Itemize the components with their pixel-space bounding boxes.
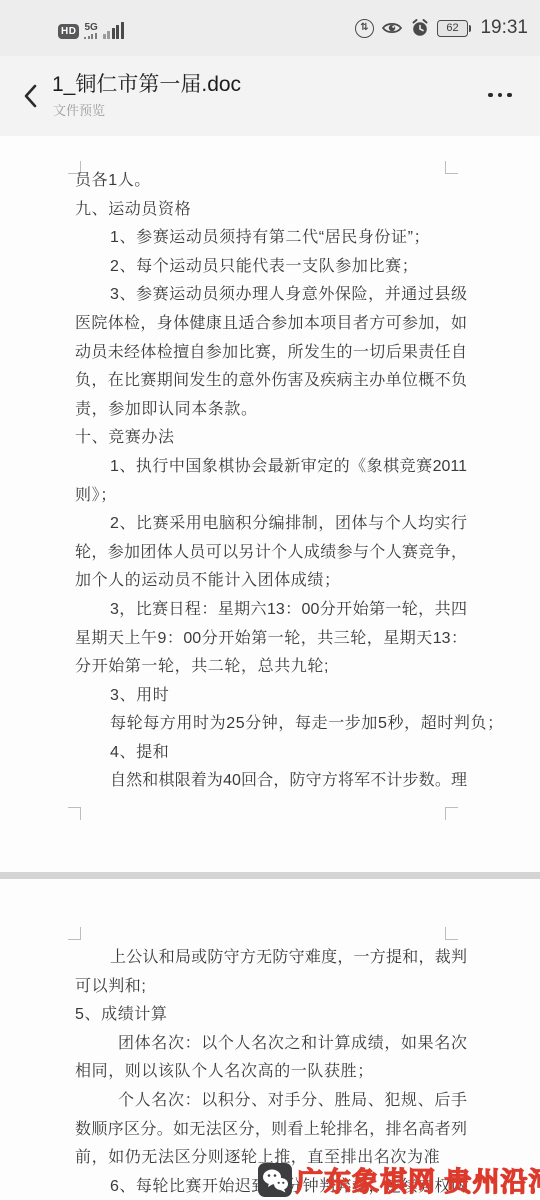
more-menu-button[interactable]	[480, 80, 520, 110]
page1-margin-mark-br	[445, 807, 458, 820]
doc-line: 医院体检，身体健康且适合参加本项目者方可参加，如运	[75, 310, 467, 339]
battery-percent: 62	[437, 20, 468, 37]
battery-icon: 62	[437, 20, 472, 37]
page2-margin-mark-tl	[68, 927, 81, 940]
doc-line: 负，在比赛期间发生的意外伤害及疾病主办单位概不负	[75, 367, 467, 396]
doc-line: 十、竞赛办法	[75, 424, 467, 453]
doc-line: 自然和棋限着为40回合，防守方将军不计步数。理论	[75, 767, 467, 796]
status-bar-left: HD 5G	[58, 17, 124, 39]
back-button[interactable]	[12, 78, 48, 114]
file-preview-label: 文件预览	[53, 100, 105, 119]
watermark-text: 广东象棋网 贵州沿河陈江仕伟	[296, 1160, 540, 1199]
doc-line: 1、执行中国象棋协会最新审定的《象棋竞赛2011规	[75, 453, 467, 482]
page1-margin-mark-bl	[68, 807, 81, 820]
network-type: 5G	[84, 23, 97, 40]
page2-margin-mark-tr	[445, 927, 458, 940]
doc-line: 上公认和局或防守方无防守难度，一方提和，裁判员	[75, 944, 467, 973]
doc-line: 5、成绩计算	[75, 1001, 467, 1030]
doc-line: 则》；	[75, 482, 467, 511]
signal-bars-sim2-icon	[103, 22, 124, 39]
status-bar: HD 5G ⇅	[0, 0, 540, 56]
doc-line: 数顺序区分。如无法区分，则看上轮排名，排名高者列	[75, 1116, 467, 1145]
doc-line: 轮，参加团体人员可以另计个人成绩参与个人赛竞争，参	[75, 539, 467, 568]
doc-line: 团体名次：以个人名次之和计算成绩，如果名次之各	[75, 1030, 467, 1059]
chevron-left-icon	[23, 84, 37, 108]
hd-volte-icon: HD	[58, 24, 79, 39]
doc-line: 星期天上午9：00分开始第一轮，共三轮，星期天13：00	[75, 625, 467, 654]
clock-time: 19:31	[480, 17, 528, 39]
eye-comfort-icon	[381, 20, 403, 36]
status-bar-right: ⇅ 62 19:31	[355, 17, 528, 39]
doc-line: 个人名次：以积分、对手分、胜局、犯规、后手胜局	[75, 1087, 467, 1116]
watermark: 广东象棋网 贵州沿河陈江仕伟	[258, 1160, 540, 1199]
doc-line: 相同，则以该队个人名次高的一队获胜；	[75, 1058, 467, 1087]
page-break-divider	[0, 872, 540, 879]
doc-line: 1、参赛运动员须持有第二代“居民身份证”；	[75, 224, 467, 253]
wechat-icon	[258, 1163, 292, 1197]
doc-line: 2、比赛采用电脑积分编排制，团体与个人均实行九	[75, 510, 467, 539]
doc-line: 3、用时	[75, 682, 467, 711]
file-preview-header: 1_铜仁市第一届.doc 文件预览	[0, 56, 540, 136]
doc-line: 动员未经体检擅自参加比赛，所发生的一切后果责任自	[75, 339, 467, 368]
doc-line: 可以判和;	[75, 973, 467, 1002]
doc-line: 加个人的运动员不能计入团体成绩；	[75, 567, 467, 596]
doc-line: 每轮每方用时为25分钟，每走一步加5秒，超时判负；	[75, 710, 467, 739]
page1-text: 员各1人。九、运动员资格1、参赛运动员须持有第二代“居民身份证”；2、每个运动员…	[75, 167, 467, 796]
doc-line: 分开始第一轮，共二轮，总共九轮;	[75, 653, 467, 682]
ellipsis-icon	[488, 93, 493, 98]
signal-bars-sim1-icon	[84, 33, 97, 40]
doc-line: 九、运动员资格	[75, 196, 467, 225]
data-saver-icon: ⇅	[355, 19, 374, 38]
phone-screen: { "status_bar": { "hd_badge": "HD", "net…	[0, 0, 540, 1200]
doc-line: 3、参赛运动员须办理人身意外保险，并通过县级以上	[75, 281, 467, 310]
alarm-icon	[410, 18, 430, 38]
doc-line: 员各1人。	[75, 167, 467, 196]
doc-line: 3，比赛日程：星期六13：00分开始第一轮，共四轮，	[75, 596, 467, 625]
file-title: 1_铜仁市第一届.doc	[52, 68, 452, 98]
doc-line: 4、提和	[75, 739, 467, 768]
doc-line: 责，参加即认同本条款。	[75, 396, 467, 425]
doc-line: 2、每个运动员只能代表一支队参加比赛；	[75, 253, 467, 282]
